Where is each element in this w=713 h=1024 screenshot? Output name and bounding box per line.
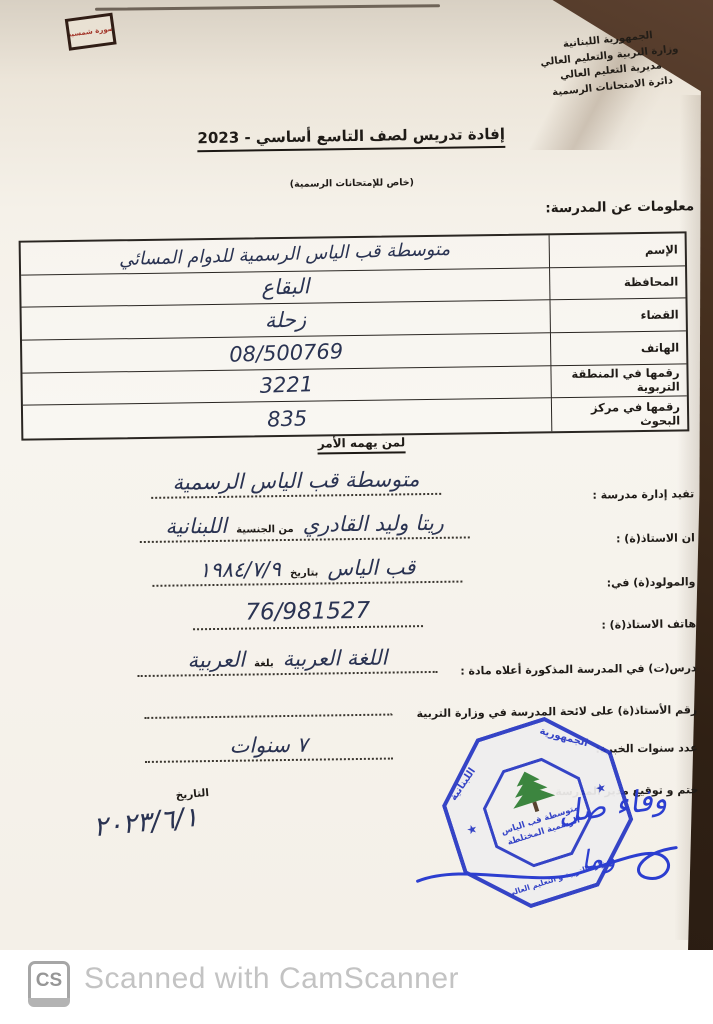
field-value-school: متوسطة قب الياس الرسمية: [151, 467, 441, 499]
document-content: صورة شمسية الجمهورية اللبنانية وزارة الت…: [0, 0, 713, 1024]
date-value: ٢٠٢٣/٦/١: [45, 797, 247, 848]
photo-required-stamp: صورة شمسية: [65, 13, 117, 51]
table-row-label: رقمها في مركز البحوث: [551, 397, 687, 432]
camscanner-logo-tab: [28, 998, 70, 1007]
table-row-label: الإسم: [549, 233, 685, 268]
field-value-teacher-name: ريتا وليد القادري من الجنسية اللبنانية: [139, 510, 469, 543]
field-value-experience: ٧ سنوات: [145, 732, 393, 763]
table-row-value: 835: [23, 399, 551, 439]
field-label-teacher-phone: هاتف الاستاذ(ة) :: [601, 617, 696, 631]
school-info-table: الإسم متوسطة قب الياس الرسمية للدوام الم…: [19, 231, 690, 440]
field-label-birth: والمولود(ة) في:: [607, 575, 696, 589]
school-info-heading: معلومات عن المدرسة:: [545, 198, 694, 216]
field-label-school: تفيد إدارة مدرسة :: [592, 487, 694, 501]
signature-flourish-stroke: [414, 833, 695, 901]
table-row-label: رقمها في المنطقة التربوية: [550, 364, 686, 399]
camscanner-footer: CS Scanned with CamScanner: [0, 950, 713, 1024]
photo-stamp-text: صورة شمسية: [67, 24, 115, 38]
table-row-label: المحافظة: [549, 266, 685, 301]
table-row-label: القضاء: [549, 299, 685, 334]
table-row-label: الهاتف: [550, 331, 686, 366]
field-value-teacher-phone: 76/981527: [193, 597, 423, 630]
camscanner-watermark-text: Scanned with CamScanner: [84, 962, 459, 996]
field-value-roster-number-empty: [144, 714, 392, 719]
field-value-subject: اللغة العربية بلغة العربية: [137, 645, 437, 677]
letter-heading: لمن يهمه الأمر: [276, 435, 446, 451]
field-value-birth: قب الياس بتاريخ ١٩٨٤/٧/٩: [152, 555, 462, 587]
scanned-document-photo: صورة شمسية الجمهورية اللبنانية وزارة الت…: [0, 0, 713, 1024]
field-label-teacher-name: ان الاستاذ(ة) :: [616, 531, 695, 545]
field-label-subject: درس(ت) في المدرسة المذكورة أعلاه مادة :: [460, 661, 697, 677]
camscanner-logo-icon: CS: [28, 961, 70, 1001]
government-header: الجمهورية اللبنانية وزارة التربية والتعل…: [527, 24, 692, 102]
document-subtitle: (خاص للإمتحانات الرسمية): [157, 175, 547, 191]
document-title: إفادة تدريس لصف التاسع أساسي - 2023: [156, 123, 546, 147]
